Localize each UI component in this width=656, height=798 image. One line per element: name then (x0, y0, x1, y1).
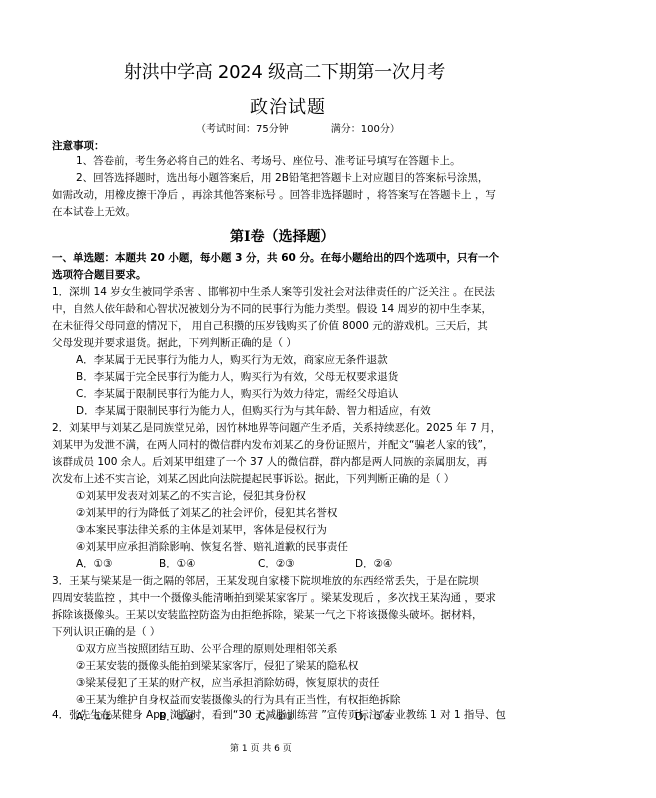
section-instruction: 选项符合题目要求。 (52, 267, 147, 284)
question-stem: 次发布上述不实言论，刘某乙因此向法院提起民事诉讼。据此，下列判断正确的是（ ） (52, 471, 454, 488)
exam-time: （考试时间：75分钟 (196, 124, 289, 135)
statement-1: ①双方应当按照团结互助、公平合理的原则处理相邻关系 (76, 641, 337, 658)
statement-2: ②刘某甲的行为降低了刘某乙的社会评价，侵犯其名誉权 (76, 505, 337, 522)
option-a: A．李某属于无民事行为能力人，购买行为无效，商家应无条件退款 (76, 352, 388, 369)
choice-a: A．①③ (76, 556, 113, 573)
question-stem: 该群成员 100 余人。后刘某甲组建了一个 37 人的微信群，群内都是两人同族的… (52, 454, 487, 471)
statement-4: ④刘某甲应承担消除影响、恢复名誉、赔礼道歉的民事责任 (76, 539, 348, 556)
question-stem: 四周安装监控 ，其中一个摄像头能清晰拍到梁某家客厅 。梁某发现后 ，多次找王某沟… (52, 590, 496, 607)
notice-item: 2、回答选择题时，选出每小题答案后，用 2B铅笔把答题卡上对应题目的答案标号涂黑… (76, 170, 488, 187)
statement-3: ③梁某侵犯了王某的财产权，应当承担消除妨碍，恢复原状的责任 (76, 675, 379, 692)
statement-2: ②王某安装的摄像头能拍到梁某家客厅，侵犯了梁某的隐私权 (76, 658, 358, 675)
statement-3: ③本案民事法律关系的主体是刘某甲，客体是侵权行为 (76, 522, 327, 539)
question-stem: 3．王某与梁某是一街之隔的邻居，王某发现自家楼下院坝堆放的东西经常丢失，于是在院… (52, 573, 479, 590)
question-stem: 在未征得父母同意的情况下， 用自己积攒的压岁钱购买了价值 8000 元的游戏机。… (52, 318, 488, 335)
notice-item: 如需改动，用橡皮擦干净后 ，再涂其他答案标号 。回答非选择题时 ，将答案写在答题… (52, 187, 496, 204)
exam-info: （考试时间：75分钟满分：100分） (196, 120, 400, 135)
section-title: 第Ⅰ卷（选择题） (230, 226, 335, 246)
statement-1: ①刘某甲发表对刘某乙的不实言论，侵犯其身份权 (76, 488, 306, 505)
answer-choices: A．①③ B．①④ C．②③ D．②④ (0, 556, 656, 573)
question-stem: 刘某甲为发泄不满，在两人同村的微信群内发布刘某乙的身份证照片，并配文“骗老人家的… (52, 437, 493, 454)
question-stem: 下列认识正确的是（ ） (52, 624, 160, 641)
option-d: D．李某属于限制民事行为能力人，但购买行为与其年龄、智力相适应，有效 (76, 403, 431, 420)
section-instruction: 一、单选题：本题共 20 小题，每小题 3 分，共 60 分。在每小题给出的四个… (52, 250, 499, 267)
choice-c: C．②③ (258, 556, 295, 573)
question-stem: 2．刘某甲与刘某乙是同族堂兄弟，因竹林地界等问题产生矛盾，关系持续恶化。2025… (52, 420, 501, 437)
notice-item: 在本试卷上无效。 (52, 204, 136, 221)
question-stem: 1．深圳 14 岁女生被同学杀害 、邯郸初中生杀人案等引发社会对法律责任的广泛关… (52, 284, 495, 301)
option-b: B．李某属于完全民事行为能力人，购买行为有效，父母无权要求退货 (76, 369, 398, 386)
question-stem: 拆除该摄像头。王某以安装监控防盗为由拒绝拆除，梁某一气之下将该摄像头破坏。据材料… (52, 607, 483, 624)
choice-b: B．①④ (159, 556, 196, 573)
option-c: C．李某属于限制民事行为能力人，购买行为效力待定，需经父母追认 (76, 386, 398, 403)
exam-subject: 政治试题 (250, 93, 326, 119)
exam-title: 射洪中学高 2024 级高二下期第一次月考 (124, 58, 445, 84)
notice-heading: 注意事项： (52, 138, 105, 153)
page-number: 第 1 页 共 6 页 (230, 741, 292, 754)
notice-item: 1、答卷前，考生务必将自己的姓名、考场号、座位号、准考证号填写在答题卡上。 (76, 153, 461, 170)
question-stem: 中，自然人依年龄和心智状况被划分为不同的民事行为能力类型。假设 14 周岁的初中… (52, 301, 492, 318)
full-score: 满分：100分） (331, 124, 400, 135)
choice-d: D．②④ (355, 556, 392, 573)
question-stem: 父母发现并要求退货。据此，下列判断正确的是（ ） (52, 335, 297, 352)
question-stem: 4．张先生在某健身 App 浏览时，看到“30 天减脂训练营 ”宣传页标注“专业… (52, 707, 506, 724)
